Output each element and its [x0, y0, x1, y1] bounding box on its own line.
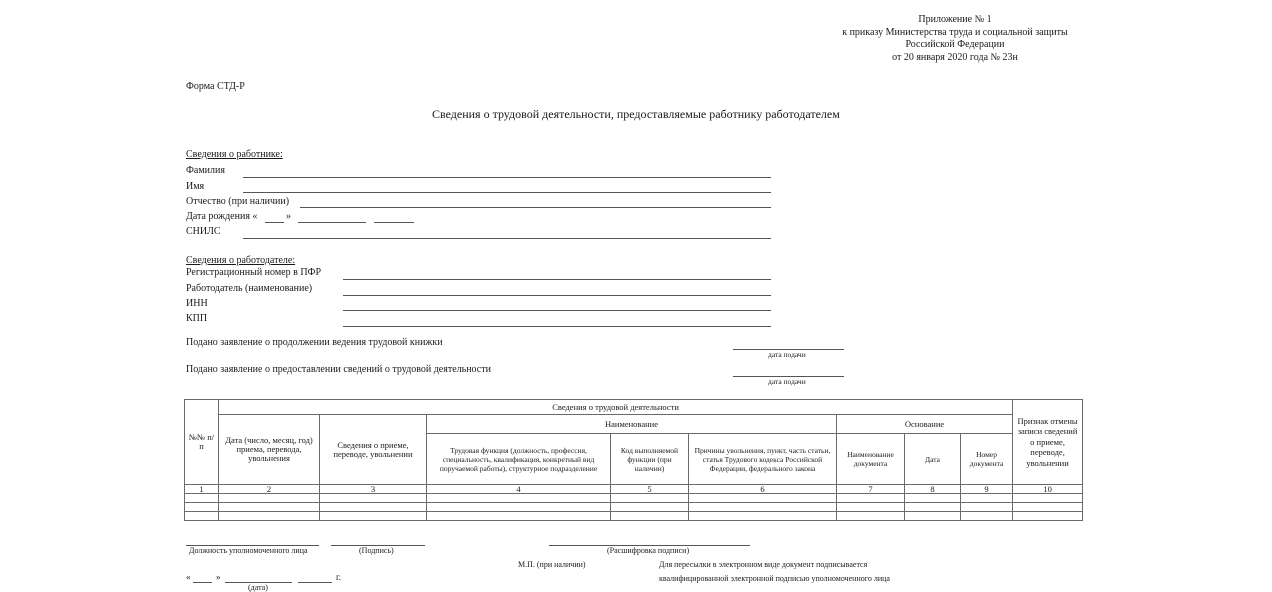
column-number: 6	[689, 485, 837, 494]
table-cell[interactable]	[219, 503, 320, 512]
appendix-line: от 20 января 2020 года № 23н	[820, 52, 1090, 65]
column-number: 7	[837, 485, 905, 494]
table-cell[interactable]	[837, 494, 905, 503]
signature-caption: (Подпись)	[359, 546, 394, 555]
date-open-quote: «	[186, 572, 191, 582]
table-cell[interactable]	[837, 512, 905, 521]
electronic-note-2: квалифицированной электронной подписью у…	[659, 574, 890, 583]
kpp-label: КПП	[186, 313, 207, 324]
decoding-caption: (Расшифровка подписи)	[607, 546, 689, 555]
sign-year-field[interactable]	[298, 582, 332, 583]
table-cell[interactable]	[689, 503, 837, 512]
group-header-basis: Основание	[837, 415, 1013, 434]
table-cell[interactable]	[320, 494, 427, 503]
table-cell[interactable]	[427, 512, 611, 521]
statement-info: Подано заявление о предоставлении сведен…	[186, 364, 491, 375]
appendix-line: Российской Федерации	[820, 39, 1090, 52]
appendix-line: к приказу Министерства труда и социально…	[820, 27, 1090, 40]
position-caption: Должность уполномоченного лица	[189, 546, 308, 555]
form-code: Форма СТД-Р	[186, 81, 245, 92]
table-cell[interactable]	[1013, 494, 1083, 503]
employer-heading: Сведения о работодателе:	[186, 255, 295, 266]
sign-date-caption: (дата)	[248, 583, 268, 592]
table-cell[interactable]	[611, 494, 689, 503]
table-cell[interactable]	[185, 503, 219, 512]
snils-label: СНИЛС	[186, 226, 221, 237]
birth-day-field[interactable]	[265, 222, 284, 223]
patronymic-field[interactable]	[300, 207, 771, 208]
column-number: 2	[219, 485, 320, 494]
statement-workbook: Подано заявление о продолжении ведения т…	[186, 337, 443, 348]
table-cell[interactable]	[611, 512, 689, 521]
inn-label: ИНН	[186, 298, 208, 309]
table-cell[interactable]	[837, 503, 905, 512]
employment-records-table: №№ п/п Сведения о трудовой деятельности …	[184, 399, 1083, 521]
birth-date-quote: »	[286, 211, 291, 222]
table-cell[interactable]	[611, 503, 689, 512]
table-cell[interactable]	[905, 494, 961, 503]
first-name-label: Имя	[186, 181, 204, 192]
table-row	[185, 503, 1083, 512]
appendix-header: Приложение № 1 к приказу Министерства тр…	[820, 14, 1090, 64]
pfr-reg-label: Регистрационный номер в ПФР	[186, 267, 321, 278]
col-header-doc-name: Наименование документа	[837, 434, 905, 485]
electronic-note-1: Для пересылки в электронном виде докумен…	[659, 560, 867, 569]
sign-day-field[interactable]	[193, 582, 212, 583]
col-header-doc-number: Номер документа	[961, 434, 1013, 485]
table-cell[interactable]	[1013, 512, 1083, 521]
col-header-code: Код выполняемой функции (при наличии)	[611, 434, 689, 485]
table-cell[interactable]	[905, 512, 961, 521]
table-cell[interactable]	[185, 494, 219, 503]
table-cell[interactable]	[427, 503, 611, 512]
last-name-field[interactable]	[243, 177, 771, 178]
col-header-date: Дата (число, месяц, год) приема, перевод…	[219, 415, 320, 485]
statement-info-date-caption: дата подачи	[768, 377, 806, 386]
year-suffix: г.	[336, 572, 341, 582]
kpp-field[interactable]	[343, 326, 771, 327]
table-row	[185, 512, 1083, 521]
page-title: Сведения о трудовой деятельности, предос…	[432, 107, 840, 122]
statement-workbook-date-caption: дата подачи	[768, 350, 806, 359]
column-number: 5	[611, 485, 689, 494]
employee-heading: Сведения о работнике:	[186, 149, 283, 160]
birth-year-field[interactable]	[374, 222, 414, 223]
pfr-reg-field[interactable]	[343, 279, 771, 280]
snils-field[interactable]	[243, 238, 771, 239]
table-cell[interactable]	[961, 494, 1013, 503]
table-cell[interactable]	[905, 503, 961, 512]
first-name-field[interactable]	[243, 192, 771, 193]
column-number: 9	[961, 485, 1013, 494]
table-cell[interactable]	[320, 512, 427, 521]
column-number: 10	[1013, 485, 1083, 494]
birth-month-field[interactable]	[298, 222, 366, 223]
column-numbers-row: 1 2 3 4 5 6 7 8 9 10	[185, 485, 1083, 494]
col-header-reasons: Причины увольнения, пункт, часть статьи,…	[689, 434, 837, 485]
employer-name-label: Работодатель (наименование)	[186, 283, 312, 294]
col-header-cancel: Признак отмены записи сведений о приеме,…	[1013, 400, 1083, 485]
patronymic-label: Отчество (при наличии)	[186, 196, 289, 207]
table-cell[interactable]	[961, 503, 1013, 512]
col-header-function: Трудовая функция (должность, профессия, …	[427, 434, 611, 485]
table-cell[interactable]	[689, 512, 837, 521]
column-number: 1	[185, 485, 219, 494]
stamp-label: М.П. (при наличии)	[518, 560, 586, 569]
column-number: 8	[905, 485, 961, 494]
table-cell[interactable]	[689, 494, 837, 503]
table-cell[interactable]	[185, 512, 219, 521]
col-header-doc-date: Дата	[905, 434, 961, 485]
date-close-quote: »	[216, 572, 221, 582]
table-row	[185, 494, 1083, 503]
table-cell[interactable]	[219, 494, 320, 503]
last-name-label: Фамилия	[186, 165, 225, 176]
group-header-activity: Сведения о трудовой деятельности	[219, 400, 1013, 415]
table-cell[interactable]	[320, 503, 427, 512]
group-header-name: Наименование	[427, 415, 837, 434]
col-header-no: №№ п/п	[185, 400, 219, 485]
table-cell[interactable]	[219, 512, 320, 521]
table-cell[interactable]	[427, 494, 611, 503]
inn-field[interactable]	[343, 310, 771, 311]
table-cell[interactable]	[961, 512, 1013, 521]
table-cell[interactable]	[1013, 503, 1083, 512]
appendix-line: Приложение № 1	[820, 14, 1090, 27]
employer-name-field[interactable]	[343, 295, 771, 296]
birth-date-label: Дата рождения «	[186, 211, 257, 222]
col-header-info: Сведения о приеме, переводе, увольнении	[320, 415, 427, 485]
column-number: 3	[320, 485, 427, 494]
column-number: 4	[427, 485, 611, 494]
